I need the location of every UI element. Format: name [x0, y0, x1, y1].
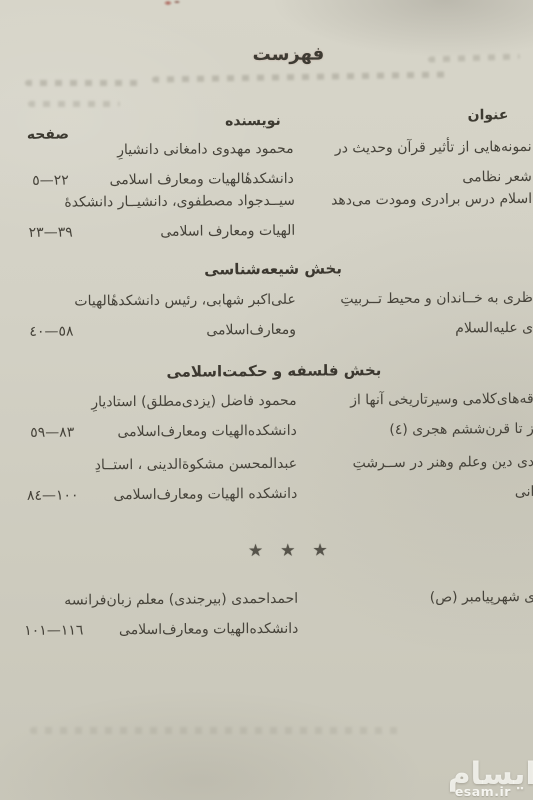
toc-entry: اسلام درس برادری ومودت می‌دهد سیــدجواد … — [0, 184, 532, 248]
entry-author-line: ومعارف‌اسلامی — [107, 315, 296, 346]
entry-title-line: نمونه‌هایی از تأثیر قرآن وحدیث در — [293, 132, 531, 164]
entry-title: ی شهرپیامبر (ص) — [298, 582, 533, 644]
entry-pages: ١٠٠—٨٤ — [1, 480, 104, 511]
stars-separator: ★★★ — [2, 534, 533, 568]
entry-pages: ٨٣—٥٩ — [1, 417, 104, 448]
toc-entry: قه‌های‌کلامی وسیرتاریخی آنها از ز تا قرن… — [1, 384, 533, 448]
entry-author: علی‌اکبر شهابی، رئیس دانشکدهٔالهیات ومعا… — [102, 285, 296, 347]
toc-header-row: عنوان نویسنده صفحه — [0, 102, 532, 136]
entry-title-line: ز تا قرن‌ششم هجری (٤) — [297, 414, 533, 446]
toc-entry: ظری به خــاندان و محیط تــربیتِ ی علیه‌ا… — [0, 283, 533, 347]
entry-author-line: سیــدجواد مصطفوی، دانشیــار دانشکدهٔ — [106, 186, 295, 217]
entry-title-line: دی دین وعلم وهنر در ســرشتِ — [297, 447, 533, 479]
section-header-shia: بخش شیعه‌شناسی — [0, 252, 533, 286]
entry-pages: ٣٩—٢٣ — [0, 217, 102, 248]
toc-entry: ی شهرپیامبر (ص) احمداحمدی (بیرجندی) معلم… — [2, 582, 533, 646]
entry-author-line: علی‌اکبر شهابی، رئیس دانشکدهٔالهیات — [106, 285, 295, 316]
scanned-toc-page: فهرست عنوان نویسنده صفحه نمونه‌هایی از ت… — [0, 0, 533, 800]
toc-entry: دی دین وعلم وهنر در ســرشتِ انی عبدالمحس… — [1, 447, 533, 511]
entry-author: سیــدجواد مصطفوی، دانشیــار دانشکدهٔ اله… — [102, 186, 296, 248]
entry-author-line: الهیات ومعارف اسلامی — [106, 216, 295, 247]
entry-title-line: انی — [297, 477, 533, 509]
entry-author-line: دانشکده الهیات ومعارف‌اسلامی — [108, 479, 297, 510]
entry-title: قه‌های‌کلامی وسیرتاریخی آنها از ز تا قرن… — [296, 384, 533, 446]
entry-author-line: محمود مهدوی دامغانی دانشیارِ — [106, 134, 294, 165]
page-title: فهرست — [0, 42, 531, 67]
entry-title: ظری به خــاندان و محیط تــربیتِ ی علیه‌ا… — [296, 283, 533, 345]
esam-watermark: ایسام esam.ir — [448, 759, 533, 799]
entry-title-line: ظری به خــاندان و محیط تــربیتِ — [296, 283, 533, 315]
entry-title-line: ی شهرپیامبر (ص) — [298, 582, 533, 614]
entry-author-line: دانشکده‌الهیات ومعارف‌اسلامی — [107, 416, 296, 447]
header-author-col: نویسنده — [97, 104, 281, 135]
entry-author-line: عبدالمحسن مشکوةالدینی ، استــادِ — [108, 449, 297, 480]
entry-title: دی دین وعلم وهنر در ســرشتِ انی — [297, 447, 533, 509]
entry-pages: ١١٦—١٠١ — [2, 615, 105, 646]
header-page-col: صفحه — [0, 105, 97, 136]
entry-author: محمود فاضل (یزدی‌مطلق) استادیارِ دانشکده… — [103, 386, 297, 448]
page-content: فهرست عنوان نویسنده صفحه نمونه‌هایی از ت… — [0, 0, 533, 800]
entry-author-line: دانشکده‌الهیات ومعارف‌اسلامی — [109, 614, 298, 645]
entry-author-line: احمداحمدی (بیرجندی) معلم زبان‌فرانسه — [109, 584, 298, 615]
section-header-philosophy: بخش فلسفه و حکمت‌اسلامی — [0, 354, 533, 388]
entry-title: اسلام درس برادری ومودت می‌دهد — [295, 184, 533, 246]
entry-title-line: قه‌های‌کلامی وسیرتاریخی آنها از — [296, 384, 533, 416]
entry-title-line: اسلام درس برادری ومودت می‌دهد — [295, 184, 532, 216]
entry-pages: ٥٨—٤٠ — [0, 316, 103, 347]
entry-author-line: محمود فاضل (یزدی‌مطلق) استادیارِ — [107, 386, 296, 417]
entry-author: عبدالمحسن مشکوةالدینی ، استــادِ دانشکده… — [104, 449, 298, 511]
header-title-col: عنوان — [281, 102, 532, 134]
entry-author: احمداحمدی (بیرجندی) معلم زبان‌فرانسه دان… — [105, 584, 299, 646]
entry-title-line: ی علیه‌السلام — [296, 313, 533, 345]
